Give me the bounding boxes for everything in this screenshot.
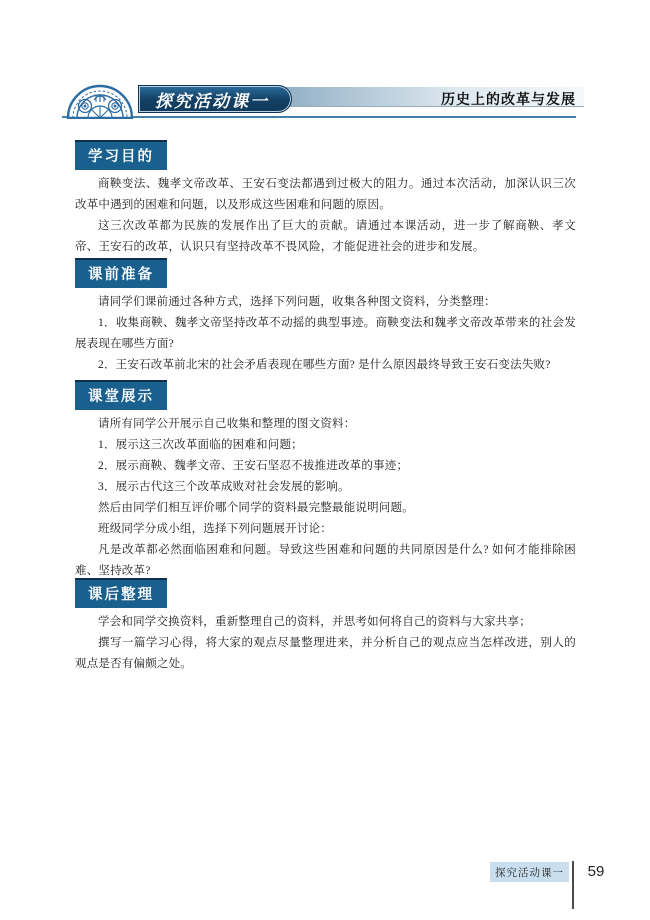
paragraph: 班级同学分成小组，选择下列问题展开讨论：	[75, 519, 576, 540]
paragraph: 1．收集商鞅、魏孝文帝坚持改革不动摇的典型事迹。商鞅变法和魏孝文帝改革带来的社会…	[75, 313, 576, 355]
paragraph: 请所有同学公开展示自己收集和整理的图文资料：	[75, 414, 576, 435]
section-heading-box: 课前准备	[75, 258, 167, 288]
section: 课前准备 请同学们课前通过各种方式，选择下列问题，收集各种图文资料，分类整理：1…	[75, 258, 576, 376]
paragraph: 学会和同学交换资料，重新整理自己的资料，并思考如何将自己的资料与大家共享；	[75, 612, 576, 633]
section-paragraphs: 学会和同学交换资料，重新整理自己的资料，并思考如何将自己的资料与大家共享；撰写一…	[75, 612, 576, 675]
paragraph: 1．展示这三次改革面临的困难和问题；	[75, 435, 576, 456]
paragraph: 2．展示商鞅、魏孝文帝、王安石坚忍不拔推进改革的事迹；	[75, 456, 576, 477]
paragraph: 请同学们课前通过各种方式，选择下列问题，收集各种图文资料，分类整理：	[75, 292, 576, 313]
section-heading-box: 课后整理	[75, 578, 167, 608]
chapter-title: 历史上的改革与发展	[441, 89, 576, 109]
section-heading-label: 课前准备	[88, 267, 154, 283]
header-rule	[62, 116, 576, 118]
paragraph: 撰写一篇学习心得，将大家的观点尽量整理进来，并分析自己的观点应当怎样改进，别人的…	[75, 633, 576, 675]
paragraph: 这三次改革都为民族的发展作出了巨大的贡献。请通过本课活动，进一步了解商鞅、孝文帝…	[75, 216, 576, 258]
section-paragraphs: 商鞅变法、魏孝文帝改革、王安石变法都遇到过极大的阻力。通过本次活动，加深认识三次…	[75, 174, 576, 258]
bronze-medallion-icon	[66, 58, 134, 119]
section-heading-box: 学习目的	[75, 140, 167, 170]
section-heading-label: 学习目的	[88, 149, 154, 165]
lesson-banner: 探究活动课一	[138, 85, 292, 113]
paragraph: 2．王安石改革前北宋的社会矛盾表现在哪些方面? 是什么原因最终导致王安石变法失败…	[75, 355, 576, 376]
lesson-banner-label: 探究活动课一	[155, 87, 269, 112]
page-number: 59	[580, 863, 612, 880]
section-heading-label: 课后整理	[88, 587, 154, 603]
paragraph: 凡是改革都必然面临困难和问题。导致这些困难和问题的共同原因是什么? 如何才能排除…	[75, 540, 576, 582]
paragraph: 然后由同学们相互评价哪个同学的资料最完整最能说明问题。	[75, 498, 576, 519]
section: 学习目的 商鞅变法、魏孝文帝改革、王安石变法都遇到过极大的阻力。通过本次活动，加…	[75, 140, 576, 258]
section-heading-box: 课堂展示	[75, 380, 167, 410]
section-paragraphs: 请同学们课前通过各种方式，选择下列问题，收集各种图文资料，分类整理：1．收集商鞅…	[75, 292, 576, 376]
section-heading-label: 课堂展示	[88, 389, 154, 405]
section: 课后整理 学会和同学交换资料，重新整理自己的资料，并思考如何将自己的资料与大家共…	[75, 578, 576, 675]
footer-lesson-label: 探究活动课一	[490, 862, 569, 882]
section-paragraphs: 请所有同学公开展示自己收集和整理的图文资料：1．展示这三次改革面临的困难和问题；…	[75, 414, 576, 582]
section: 课堂展示 请所有同学公开展示自己收集和整理的图文资料：1．展示这三次改革面临的困…	[75, 380, 576, 582]
footer-divider	[572, 861, 574, 909]
textbook-page: 探究活动课一 历史上的改革与发展	[0, 0, 650, 920]
paragraph: 3．展示古代这三个改革成败对社会发展的影响。	[75, 477, 576, 498]
paragraph: 商鞅变法、魏孝文帝改革、王安石变法都遇到过极大的阻力。通过本次活动，加深认识三次…	[75, 174, 576, 216]
